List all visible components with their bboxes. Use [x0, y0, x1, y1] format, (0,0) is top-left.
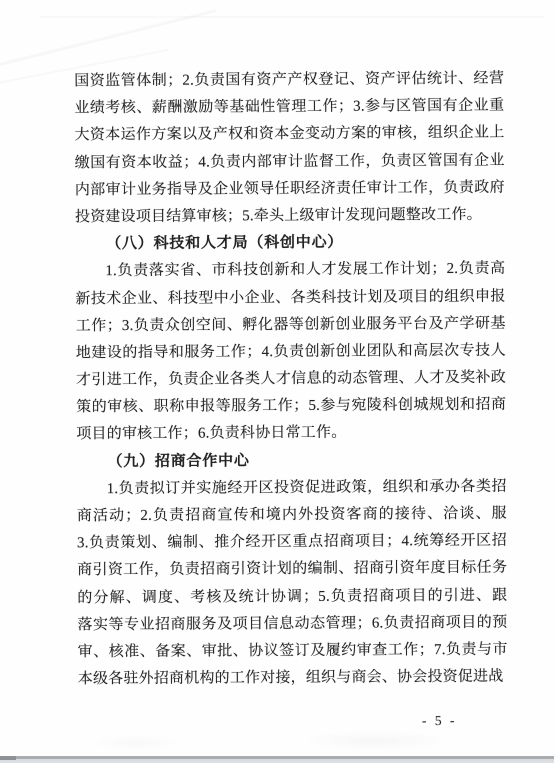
text-line: 地建设的指导和服务工作；4.负责创新创业团队和高层次专技人: [76, 338, 506, 368]
text-line: 内部审计业务指导及企业领导任职经济责任审计工作，负责政府: [75, 174, 505, 204]
scan-smudge-artifact: [90, 735, 180, 751]
text-block: 国资监管体制；2.负责国有资产产权登记、资产评估统计、经营业绩考核、薪酬激励等基…: [74, 66, 508, 694]
text-line: 缴国有资本收益；4.负责内部审计监督工作，负责区管国有企业: [75, 147, 505, 177]
scan-smudge-artifact: [300, 730, 450, 752]
text-line: 项目的审核工作；6.负责科协日常工作。: [76, 419, 506, 449]
document-page: 国资监管体制；2.负责国有资产产权登记、资产评估统计、经营业绩考核、薪酬激励等基…: [0, 0, 554, 763]
paragraph: 1.负责拟订并实施经开区投资促进政策，组织和承办各类招商活动；2.负责招商宣传和…: [77, 473, 508, 693]
text-line: 1.负责拟订并实施经开区投资促进政策，组织和承办各类招: [77, 473, 507, 503]
scan-streak-artifact: [0, 9, 217, 70]
text-line: 策的审核、职称申报等服务工作；5.参与宛陵科创城规划和招商: [76, 392, 506, 422]
scan-bottom-edge-corner: [0, 756, 16, 760]
heading-line: （八）科技和人才局（科创中心）: [75, 229, 505, 259]
heading-line: （九）招商合作中心: [76, 446, 506, 476]
text-line: 的分解、调度、考核及统计协调；5.负责招商项目的引进、跟踪、: [77, 582, 507, 612]
paragraph: 1.负责落实省、市科技创新和人才发展工作计划；2.负责高新技术企业、科技型中小企…: [75, 256, 506, 449]
text-line: 工作；3.负责众创空间、孵化器等创新创业服务平台及产学研基: [76, 310, 506, 340]
text-line: 落实等专业招商服务及项目信息动态管理；6.负责招商项目的预: [77, 609, 507, 639]
text-line: 业绩考核、薪酬激励等基础性管理工作；3.参与区管国有企业重: [74, 93, 504, 123]
text-line: 才引进工作，负责企业各类人才信息的动态管理、人才及奖补政: [76, 365, 506, 395]
section-heading: （八）科技和人才局（科创中心）: [75, 229, 505, 259]
paragraph: 国资监管体制；2.负责国有资产产权登记、资产评估统计、经营业绩考核、薪酬激励等基…: [74, 66, 505, 232]
text-line: 商引资工作，负责招商引资计划的编制、招商引资年度目标任务: [77, 555, 507, 585]
text-line: 大资本运作方案以及产权和资本金变动方案的审核，组织企业上: [74, 120, 504, 150]
text-line: 国资监管体制；2.负责国有资产产权登记、资产评估统计、经营: [74, 66, 504, 96]
text-line: 3.负责策划、编制、推介经开区重点招商项目；4.统筹经开区招: [77, 528, 507, 558]
text-line: 商活动；2.负责招商宣传和境内外投资客商的接待、洽谈、服务；: [77, 501, 507, 531]
section-heading: （九）招商合作中心: [76, 446, 506, 476]
page-number: - 5 -: [422, 711, 457, 731]
text-line: 审、核准、备案、审批、协议签订及履约审查工作；7.负责与市: [78, 637, 508, 667]
scan-streak-artifact: [40, 16, 544, 18]
text-line: 1.负责落实省、市科技创新和人才发展工作计划；2.负责高: [75, 256, 505, 286]
text-line: 投资建设项目结算审核；5.牵头上级审计发现问题整改工作。: [75, 202, 505, 232]
text-line: 新技术企业、科技型中小企业、各类科技计划及项目的组织申报: [75, 283, 505, 313]
scan-bottom-edge: [0, 756, 554, 763]
text-line: 本级各驻外招商机构的工作对接，组织与商会、协会投资促进战: [78, 664, 508, 694]
